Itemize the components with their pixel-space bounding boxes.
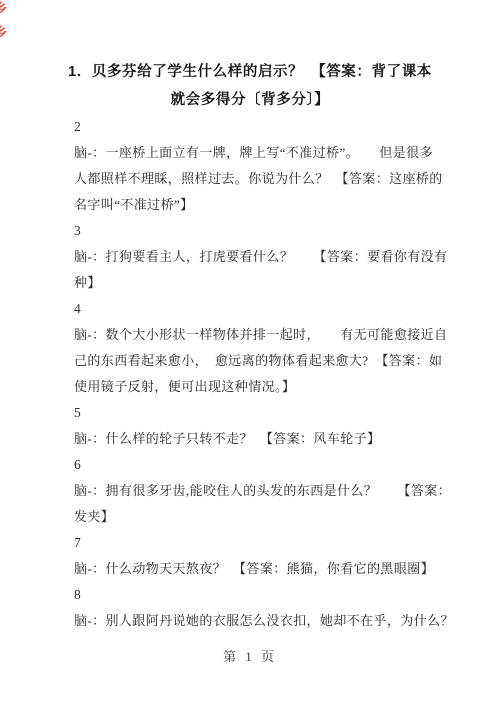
item-number: 2: [74, 114, 500, 140]
body-line: 己的东西看起来愈小， 愈远离的物体看起来愈大? 【答案：如: [74, 348, 500, 374]
item-number: 4: [74, 296, 500, 322]
document-content: 1．贝多芬给了学生什么样的启示？ 【答案：背了课本 就会多得分〔背多分〕】 2 …: [0, 0, 500, 665]
item-number: 3: [74, 218, 500, 244]
body-line: 发夹】: [74, 504, 500, 530]
document-page: 乡 乡 1．贝多芬给了学生什么样的启示？ 【答案：背了课本 就会多得分〔背多分〕…: [0, 0, 500, 708]
item-number: 5: [74, 400, 500, 426]
title-line-1: 1．贝多芬给了学生什么样的启示？ 【答案：背了课本: [0, 58, 500, 86]
body-line: 脑-：什么样的轮子只转不走？ 【答案：风车轮子】: [74, 426, 500, 452]
body-line: 种】: [74, 270, 500, 296]
body-line: 脑-：打狗要看主人，打虎要看什么？ 【答案：要看你有没有: [74, 244, 500, 270]
body-line: 脑-：拥有很多牙齿,能咬住人的头发的东西是什么？ 【答案：: [74, 478, 500, 504]
item-number: 6: [74, 452, 500, 478]
riddle-item-3: 3 脑-：打狗要看主人，打虎要看什么？ 【答案：要看你有没有 种】: [74, 218, 500, 296]
body-line: 脑-：别人跟阿丹说她的衣服怎么没衣扣，她却不在乎，为什么？: [74, 608, 500, 634]
body-line: 使用镜子反射，便可出现这种情况。】: [74, 374, 500, 400]
body-line: 人都照样不理睬，照样过去。你说为什么？ 【答案：这座桥的: [74, 166, 500, 192]
item-number: 8: [74, 582, 500, 608]
body-line: 名字叫“不准过桥”】: [74, 192, 500, 218]
title-line-2: 就会多得分〔背多分〕】: [0, 86, 500, 114]
riddle-item-4: 4 脑-：数个大小形状一样物体并排一起时， 有无可能愈接近自 己的东西看起来愈小…: [74, 296, 500, 400]
item-number: 7: [74, 530, 500, 556]
riddle-item-7: 7 脑-：什么动物天天熬夜？ 【答案：熊猫，你看它的黑眼圈】: [74, 530, 500, 582]
riddle-item-6: 6 脑-：拥有很多牙齿,能咬住人的头发的东西是什么？ 【答案： 发夹】: [74, 452, 500, 530]
red-pen-mark-icon: 乡: [0, 3, 7, 16]
body-line: 脑-：什么动物天天熬夜？ 【答案：熊猫，你看它的黑眼圈】: [74, 556, 500, 582]
red-pen-mark-icon: 乡: [0, 27, 7, 40]
riddle-item-8: 8 脑-：别人跟阿丹说她的衣服怎么没衣扣，她却不在乎，为什么？: [74, 582, 500, 634]
riddle-item-5: 5 脑-：什么样的轮子只转不走？ 【答案：风车轮子】: [74, 400, 500, 452]
body-line: 脑-：数个大小形状一样物体并排一起时， 有无可能愈接近自: [74, 322, 500, 348]
page-number: 第 1 页: [0, 646, 500, 665]
riddle-item-2: 2 脑-：一座桥上面立有一牌，牌上写“不准过桥”。 但是很多 人都照样不理睬，照…: [74, 114, 500, 218]
body-line: 脑-：一座桥上面立有一牌，牌上写“不准过桥”。 但是很多: [74, 140, 500, 166]
